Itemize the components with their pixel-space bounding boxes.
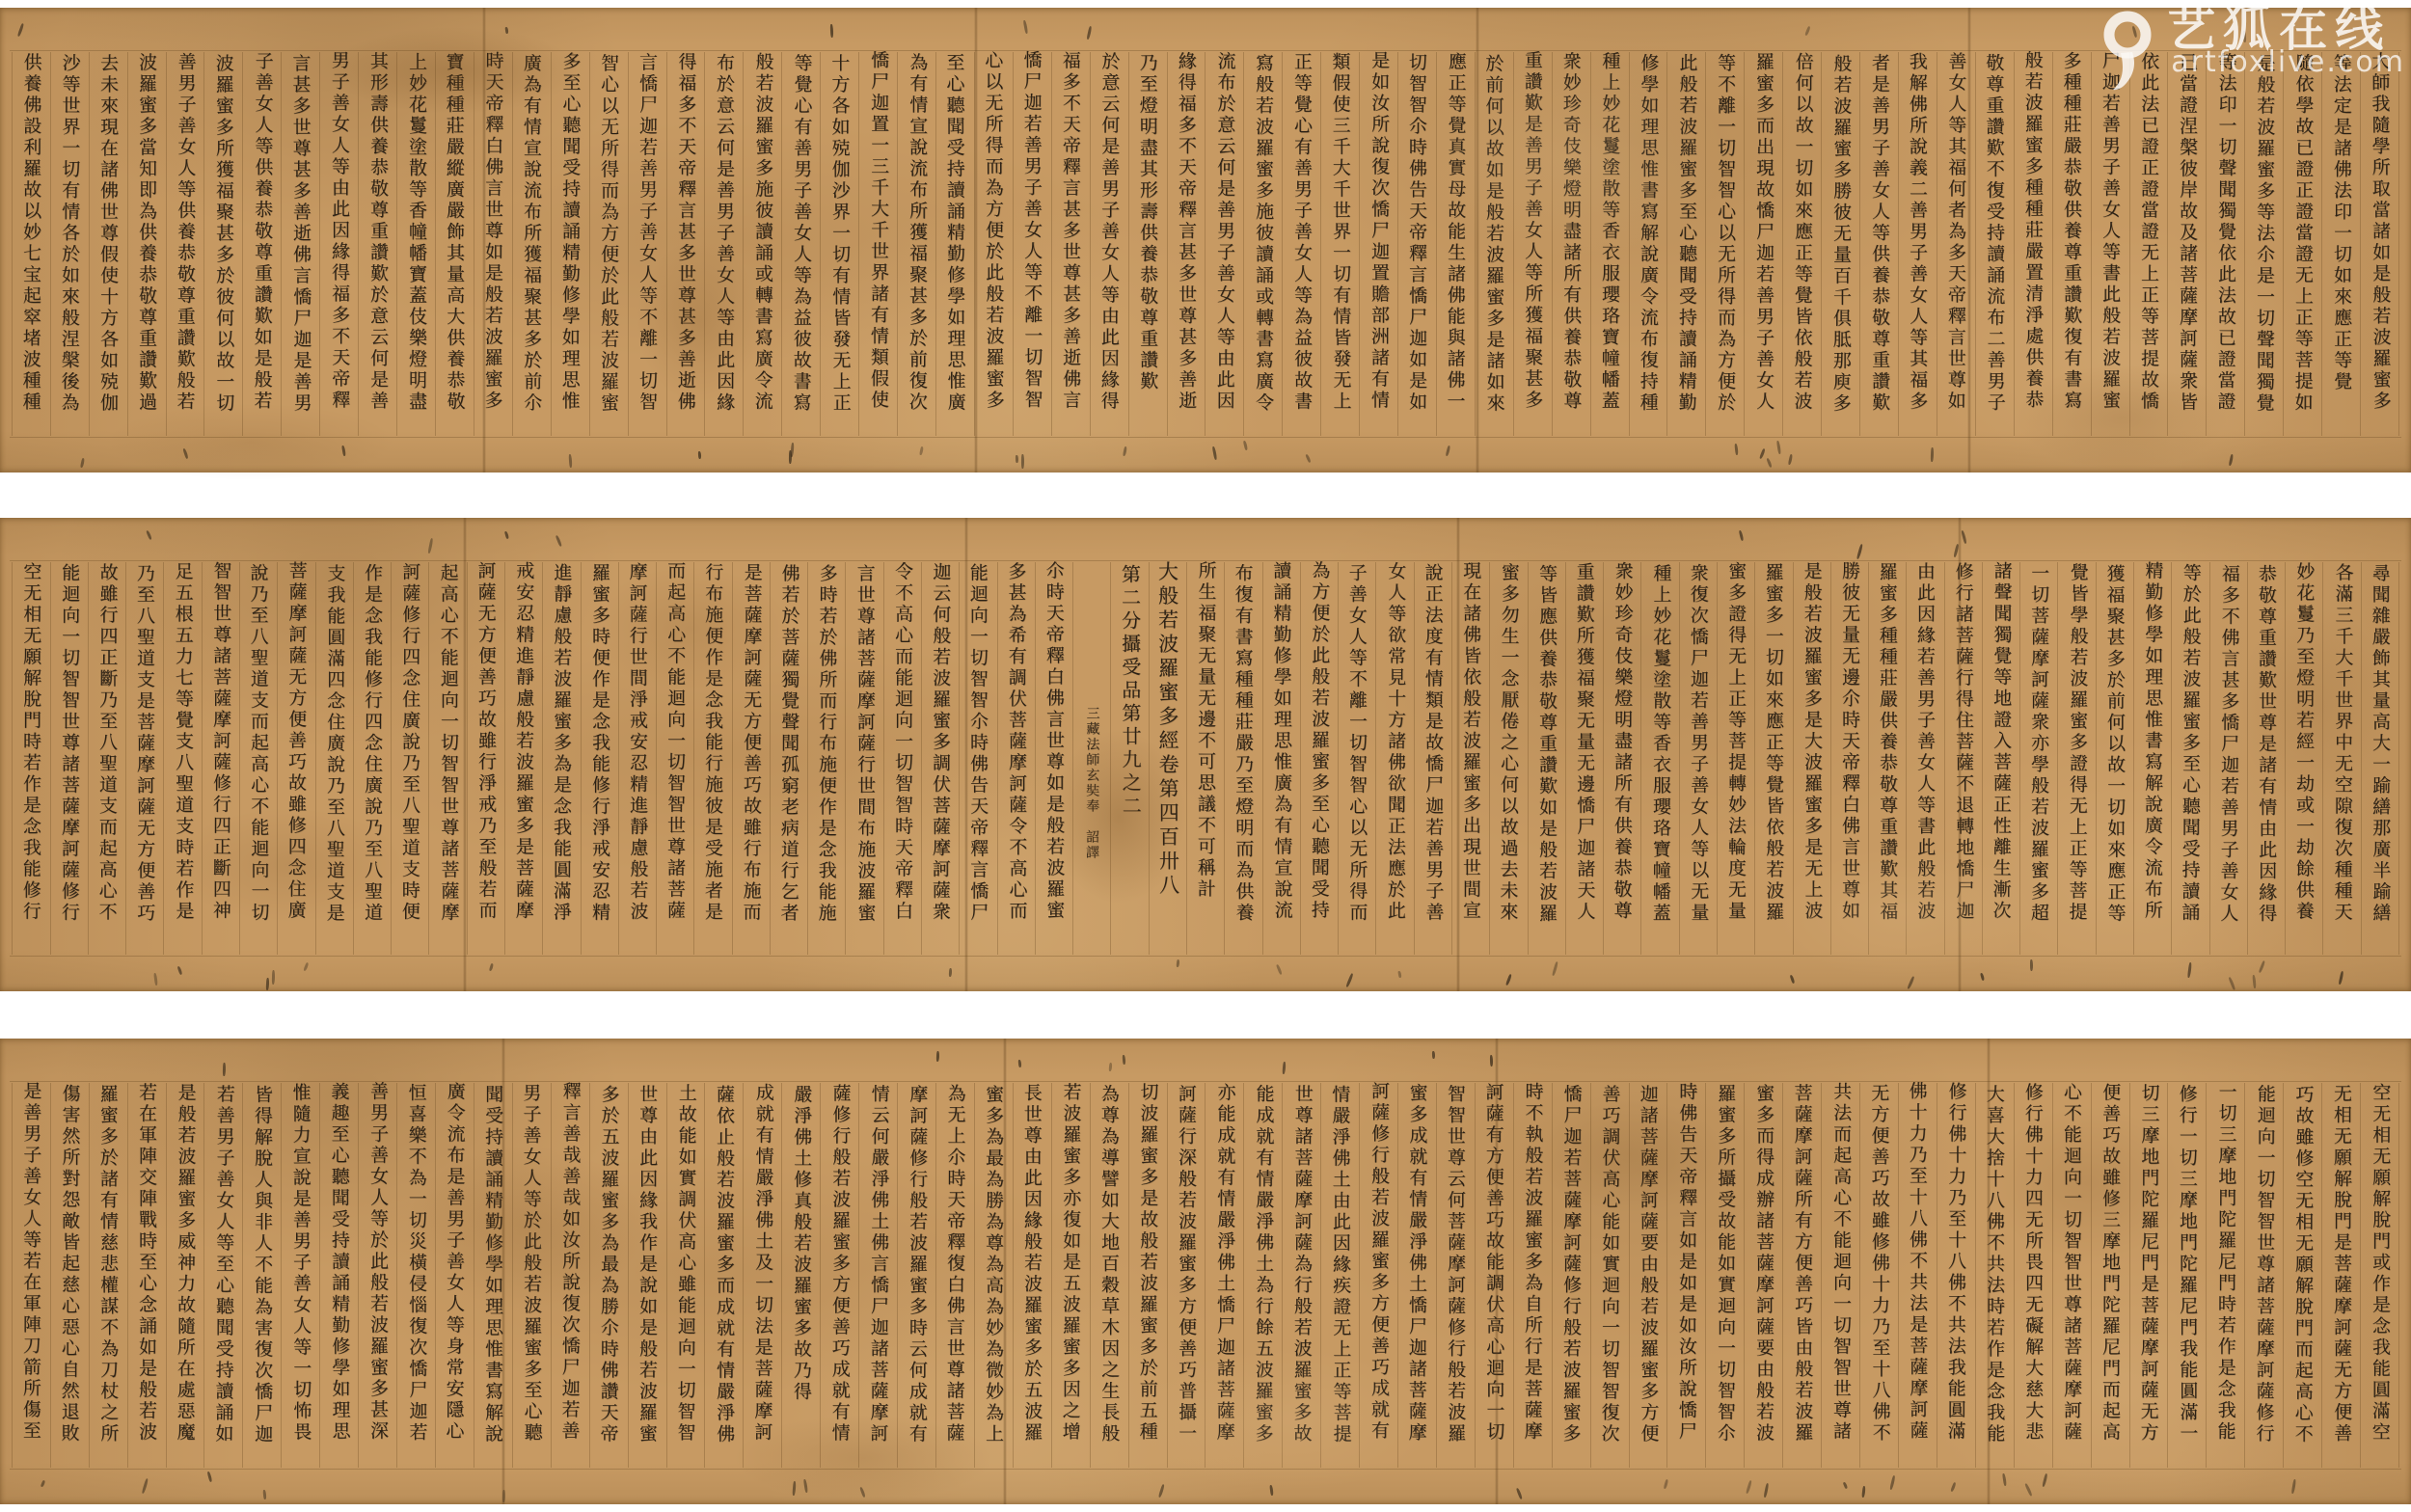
column-text: 亦能成就有情嚴淨佛土憍尸迦諸菩薩摩	[1206, 1083, 1242, 1468]
text-column: 多至心聽聞受持讀誦精勤修學如理思惟	[551, 52, 589, 436]
column-text: 摩訶薩行世間淨戒安忍精進靜慮般若波	[619, 562, 655, 955]
text-column: 我解佛所說義二善男子善女人等其福多	[1898, 52, 1937, 436]
text-column: 其形壽供養恭敬尊重讚歎於意云何是善	[358, 52, 396, 436]
column-text: 勝彼无量无邊尒時天帝釋白佛言世尊如	[1832, 561, 1867, 954]
column-text: 福多不佛言甚多憍尸迦若善男子善女人	[2210, 564, 2247, 957]
column-text: 心不能迴向一切智智世尊諸菩薩摩訶薩	[2054, 1082, 2089, 1467]
translator-column: 三藏法師玄奘奉 詔譯	[1072, 562, 1110, 955]
column-text: 善巧調伏高心能如實迴向一切智智復次	[1591, 1084, 1627, 1469]
paper-seam	[463, 518, 467, 991]
text-column: 等皆應供養恭敬尊重讚歎如是般若波羅	[1528, 562, 1565, 955]
column-text: 智智世尊諸菩薩摩訶薩修行四正斷四神	[203, 561, 238, 954]
text-column: 寶種種莊嚴縱廣嚴飾其量高大供養恭敬	[435, 52, 474, 436]
text-column: 衆復次憍尸迦若善男子善女人等以无量	[1679, 562, 1717, 955]
text-column: 是如汝所說復次憍尸迦置贍部洲諸有情	[1359, 52, 1397, 436]
column-text: 流布於意云何是善男子善女人等由此因	[1206, 51, 1242, 435]
column-text: 多種種莊嚴恭敬供養尊重讚歎復有書寫	[2054, 51, 2090, 435]
column-text: 多於五波羅蜜多為最為勝尒時佛讚天帝	[591, 1085, 627, 1470]
text-column: 憍尸迦若善男子善女人等不離一切智智	[1013, 52, 1051, 436]
text-column: 多時若於佛所而行布施便作是念我能施	[807, 562, 845, 955]
text-column: 善男子善女人等於此般若波羅蜜多甚深	[358, 1083, 396, 1468]
artfox-logo-icon	[2098, 10, 2157, 93]
text-column: 惟隨力宣說是善男子善女人等一切怖畏	[281, 1083, 319, 1468]
column-text: 薩依止般若波羅蜜多而成就有情嚴淨佛	[707, 1085, 742, 1470]
column-text: 說乃至八聖道支而起高心不能迴向一切	[240, 563, 276, 956]
text-column: 成就有情嚴淨佛土及一切法是菩薩摩訶	[743, 1083, 781, 1468]
text-column: 是般若波羅蜜多等法尒是一切聲聞獨覺	[2244, 52, 2283, 436]
text-column: 菩薩摩訶薩所有方便善巧皆由般若波羅	[1782, 1083, 1821, 1468]
text-column: 起高心不能迴向一切智智世尊諸菩薩摩	[428, 562, 466, 955]
text-column: 時天帝釋白佛言世尊如是般若波羅蜜多	[474, 52, 512, 436]
text-column: 精勤修學如理思惟書寫解說廣令流布所	[2133, 562, 2171, 955]
column-text: 訶薩行深般若波羅蜜多方便善巧普攝一	[1169, 1084, 1204, 1469]
column-text: 種上妙花鬘塗散等香衣服瓔珞寶幢幡蓋	[1592, 51, 1628, 435]
text-column: 子善女人等供養恭敬尊重讚歎如是般若	[242, 52, 281, 436]
column-text: 摩訶薩修行般若波羅蜜多時云何成就有	[899, 1085, 935, 1470]
scroll-strip-1: 大師我隨學所取當諸如是般若波羅蜜多等法定是諸佛法印一切如來應正等覺隨依學故已證正…	[0, 8, 2411, 472]
text-column: 者是善男子善女人等供養恭敬尊重讚歎	[1859, 52, 1898, 436]
text-column: 寫般若波羅蜜多施彼讀誦或轉書寫廣令	[1243, 52, 1282, 436]
column-text: 成就有情嚴淨佛土及一切法是菩薩摩訶	[745, 1083, 781, 1468]
text-column: 時佛告天帝釋言如是如是如汝所說憍尸	[1666, 1083, 1705, 1468]
text-column: 土故能如實調伏高心雖能迴向一切智智	[666, 1083, 705, 1468]
text-column: 羅蜜多一切如來應正等覺皆依般若波羅	[1754, 562, 1792, 955]
column-text: 修行諸菩薩行得住菩薩不退轉地憍尸迦	[1945, 561, 1981, 954]
column-text: 為尊為導譬如大地百穀草木因之生長般	[1092, 1084, 1127, 1469]
text-column: 男子善女人等於此般若波羅蜜多至心聽	[512, 1083, 551, 1468]
paper-seam	[1495, 1039, 1499, 1504]
paper-seam	[1987, 1039, 1991, 1504]
column-text: 羅蜜多於諸有情慈悲權謀不為刀杖之所	[91, 1084, 126, 1469]
text-column: 修行佛十力乃至十八佛不共法我能圓滿	[1937, 1083, 1975, 1468]
column-text: 子善女人等不離一切智智心以无所得而	[1340, 563, 1375, 956]
text-column: 羅蜜多於諸有情慈悲權謀不為刀杖之所	[89, 1083, 127, 1468]
column-text: 大喜大捨十八佛不共法時若作是念我能	[1977, 1084, 2013, 1469]
watermark-domain: artfoxlive.com	[2171, 48, 2405, 77]
column-text: 言世尊諸菩薩摩訶薩行世間布施波羅蜜	[847, 563, 882, 956]
text-column: 修學如理思惟書寫解說廣令流布復持種	[1629, 52, 1667, 436]
column-text: 訶薩修行四念住廣說乃至八聖道支時便	[393, 562, 428, 955]
column-text: 便善巧故雖修三摩地門陀羅尼門而起高	[2093, 1083, 2127, 1468]
text-column: 聞受持讀誦精勤修學如理思惟書寫解說	[474, 1083, 512, 1468]
paper-seam	[1456, 518, 1460, 991]
text-column: 而起高心不能迴向一切智智世尊諸菩薩	[656, 562, 693, 955]
text-column: 一切菩薩摩訶薩衆亦學般若波羅蜜多超	[2019, 562, 2057, 955]
watermark: 艺狐在线 artfoxlive.com	[2098, 4, 2405, 93]
column-text: 巧故雖修空无相无願解脫門而起高心不	[2285, 1085, 2320, 1470]
column-text: 是般若波羅蜜多等法尒是一切聲聞獨覺	[2246, 54, 2282, 438]
text-column: 薩依止般若波羅蜜多而成就有情嚴淨佛	[704, 1083, 743, 1468]
column-text: 供養佛設利羅故以妙七宝起窣堵波種種	[14, 52, 49, 436]
column-text: 令不高心而能迴向一切智智時天帝釋白	[885, 561, 920, 954]
column-text: 心以无所得而為方便於此般若波羅蜜多	[975, 50, 1012, 434]
column-text: 訶薩修行般若波羅蜜多方便善巧成就有	[1361, 1081, 1395, 1466]
column-text: 切波羅蜜多是故般若波羅蜜多於前五種	[1130, 1082, 1166, 1467]
text-column: 等於此般若波羅蜜多至心聽聞受持讀誦	[2171, 562, 2208, 955]
text-column: 訶薩修行般若波羅蜜多方便善巧成就有	[1359, 1083, 1397, 1468]
text-column: 般若波羅蜜多勝彼无量百千俱胝那庾多	[1821, 52, 1859, 436]
text-column: 由此因緣若善男子善女人等書此般若波	[1906, 562, 1943, 955]
column-text: 情云何嚴淨佛土佛言憍尸迦諸菩薩摩訶	[860, 1084, 896, 1469]
text-column: 長世尊由此因緣般若波羅蜜多於五波羅	[1013, 1083, 1051, 1468]
text-column: 傷害然所對怨敵皆起慈心惡心自然退敗	[50, 1083, 89, 1468]
column-text: 能成就有情嚴淨佛土為行餘五波羅蜜多	[1245, 1084, 1281, 1469]
text-column: 類假使三千大千世界一切有情皆發无上	[1320, 52, 1359, 436]
text-column: 言世尊諸菩薩摩訶薩行世間布施波羅蜜	[845, 562, 882, 955]
column-text: 廣令流布是善男子善女人等身常安隱心	[437, 1082, 473, 1467]
column-text: 讀誦精勤修學如理思惟廣為有情宣說流	[1263, 561, 1299, 954]
text-column: 行布施便作是念我能行施彼是受施者是	[693, 562, 731, 955]
column-text: 共法而起高心不能迴向一切智智世尊諸	[1823, 1082, 1857, 1467]
column-text: 時佛告天帝釋言如是如是如汝所說憍尸	[1669, 1082, 1705, 1467]
column-text: 般若波羅蜜多種種莊嚴置清淨處供養恭	[2016, 50, 2051, 434]
column-text: 大般若波羅蜜多經卷第四百卅八	[1150, 560, 1185, 953]
column-text: 支我能圓滿四念住廣說乃至八聖道支是	[316, 564, 352, 957]
column-text: 等皆應供養恭敬尊重讚歎如是般若波羅	[1530, 564, 1564, 957]
column-text: 緣得福多不天帝釋言甚多世尊甚多善逝	[1169, 51, 1205, 435]
text-column: 上妙花鬘塗散等香幢幡寶蓋伎樂燈明盡	[396, 52, 435, 436]
column-text: 切智智尒時佛告天帝釋言憍尸迦如是如	[1399, 52, 1434, 436]
column-text: 等於此般若波羅蜜多至心聽聞受持讀誦	[2173, 563, 2209, 956]
text-column: 福多不天帝釋言甚多世尊甚多善逝佛言	[1051, 52, 1090, 436]
text-column: 能成就有情嚴淨佛土為行餘五波羅蜜多	[1243, 1083, 1282, 1468]
column-text: 所生福聚无量无邊不可思議不可稱計	[1188, 560, 1224, 953]
column-text: 佛十力乃至十八佛不共法是菩薩摩訶薩	[1900, 1081, 1936, 1466]
text-column: 廣為有情宣說流布所獲福聚甚多於前尒	[512, 52, 551, 436]
column-text: 於意云何是善男子善女人等由此因緣得	[1092, 51, 1127, 435]
text-column: 妙花鬘乃至燈明若經一劫或一劫餘供養	[2285, 562, 2322, 955]
text-column: 故雖行四正斷乃至八聖道支而起高心不	[88, 562, 125, 955]
column-text: 福多不天帝釋言甚多世尊甚多善逝佛言	[1053, 51, 1089, 435]
column-text: 衆復次憍尸迦若善男子善女人等以无量	[1680, 563, 1716, 956]
text-column: 等不離一切智智心以无所得而為方便於	[1705, 52, 1744, 436]
column-text: 土故能如實調伏高心雖能迴向一切智智	[667, 1083, 704, 1468]
text-column: 般若波羅蜜多種種莊嚴置清淨處供養恭	[2014, 52, 2052, 436]
text-column: 重讚歎是善男子善女人等所獲福聚甚多	[1513, 52, 1552, 436]
column-text: 正等覺心有善男子善女人等為益彼故書	[1285, 52, 1319, 436]
column-text: 修學如理思惟書寫解說廣令流布復持種	[1631, 53, 1666, 437]
column-text: 訶薩无方便善巧故雖行淨戒乃至般若而	[468, 561, 503, 954]
text-column: 等覺心有善男子善女人等為益彼故書寫	[781, 52, 820, 436]
text-column: 大師我隨學所取當諸如是般若波羅蜜多	[2360, 52, 2399, 436]
text-column: 等法印一切聲聞獨覺依此法故已證當證	[2206, 52, 2244, 436]
text-column: 言憍尸迦若善男子善女人等不離一切智	[628, 52, 666, 436]
text-column: 說乃至八聖道支而起高心不能迴向一切	[239, 562, 277, 955]
text-column: 皆得解脫人與非人不能為害復次憍尸迦	[242, 1083, 281, 1468]
text-column: 羅蜜多而出現故憍尸迦若善男子善女人	[1744, 52, 1782, 436]
text-column: 世尊由此因緣我作是說如是般若波羅蜜	[628, 1083, 666, 1468]
column-text: 衆妙珍奇伎樂燈明盡諸所有供養恭敬尊	[1554, 51, 1589, 435]
column-text: 憍尸迦若善男子善女人等不離一切智智	[1015, 50, 1050, 434]
text-column: 无相无願解脫門是菩薩摩訶薩无方便善	[2321, 1083, 2360, 1468]
column-text: 足五根五力七等覺支八聖道支時若作是	[165, 561, 201, 954]
text-column: 心以无所得而為方便於此般若波羅蜜多	[974, 52, 1013, 436]
text-column: 蜜多勿生一念厭倦之心何以故過去未來	[1489, 562, 1527, 955]
column-text: 羅蜜多所攝受故能如實迴向一切智智尒	[1708, 1084, 1744, 1469]
text-column: 若在軍陣交陣戰時至心念誦如是般若波	[127, 1083, 166, 1468]
text-column: 得福多不天帝釋言甚多世尊甚多善逝佛	[666, 52, 705, 436]
text-column: 此般若波羅蜜多至心聽聞受持讀誦精勤	[1666, 52, 1705, 436]
column-text: 羅蜜多時便作是念我能修行淨戒安忍精	[582, 563, 617, 956]
column-text: 於前何以故如是般若波羅蜜多是諸如來	[1476, 54, 1512, 438]
text-column: 薩修行般若波羅蜜多方便善巧成就有情	[820, 1083, 858, 1468]
text-column: 敬尊重讚歎不復受持讀誦流布二善男子	[1975, 52, 2014, 436]
column-text: 波羅蜜多所獲福聚甚多於彼何以故一切	[206, 54, 242, 438]
text-column: 沙等世界一切有情各於如來般涅槃後為	[50, 52, 89, 436]
column-text: 進靜慮般若波羅蜜多為是念我能圓滿淨	[544, 563, 580, 956]
column-text: 若在軍陣交陣戰時至心念誦如是般若波	[129, 1082, 164, 1467]
text-column: 義趣至心聽聞受持讀誦精勤修學如理思	[319, 1083, 358, 1468]
text-column: 為方便於此般若波羅蜜多至心聽聞受持	[1300, 562, 1338, 955]
text-column: 恭敬尊重讚歎世尊是諸有情由此因緣得	[2247, 562, 2285, 955]
text-column: 於前何以故如是般若波羅蜜多是諸如來	[1475, 52, 1513, 436]
column-text: 由此因緣若善男子善女人等書此般若波	[1908, 561, 1942, 954]
text-column: 足五根五力七等覺支八聖道支時若作是	[163, 562, 201, 955]
text-column: 蜜多證得无上正等菩提轉妙法輪度无量	[1717, 562, 1754, 955]
column-text: 皆得解脫人與非人不能為害復次憍尸迦	[245, 1085, 280, 1470]
column-text: 憍尸迦置一三千大千世界諸有情類假使	[860, 50, 895, 434]
text-column: 十方各如殑伽沙界一切有情皆發无上正	[820, 52, 858, 436]
column-text: 而起高心不能迴向一切智智世尊諸菩薩	[658, 561, 692, 954]
column-text: 修行一切三摩地門陀羅尼門我能圓滿一	[2169, 1084, 2205, 1469]
column-text: 女人等欲常見十方諸佛欲聞正法應於此	[1377, 561, 1413, 954]
text-column: 乃至燈明盡其形壽供養恭敬尊重讚歎	[1128, 52, 1167, 436]
text-column: 憍尸迦若菩薩摩訶薩修行般若波羅蜜多	[1552, 1083, 1590, 1468]
column-text: 第二分攝受品第廿九之二	[1112, 564, 1148, 957]
column-text: 等覺心有善男子善女人等為益彼故書寫	[783, 53, 819, 437]
text-columns-3: 空无相无願解脫門或作是念我能圓滿空无相无願解脫門是菩薩摩訶薩无方便善巧故雖修空无…	[0, 1039, 2411, 1504]
column-text: 是般若波羅蜜多是大波羅蜜多是无上波	[1794, 561, 1829, 954]
text-column: 世尊諸菩薩摩訶薩為行般若波羅蜜多故	[1282, 1083, 1320, 1468]
column-text: 布於意云何是善男子善女人等由此因緣	[707, 53, 742, 437]
column-text: 等法印一切聲聞獨覺依此法故已證當證	[2208, 52, 2243, 436]
scroll-strip-2: 尋聞雜嚴飾其量高大一踰繕那廣半踰繕各滿三千大千世界中无空隙復次種種天妙花鬘乃至燈…	[0, 518, 2411, 991]
text-column: 智智世尊諸菩薩摩訶薩修行四正斷四神	[202, 562, 239, 955]
text-column: 修行一切三摩地門陀羅尼門我能圓滿一	[2167, 1083, 2206, 1468]
column-text: 若波羅蜜多亦復如是五波羅蜜多因之增	[1053, 1082, 1089, 1467]
text-column: 等法定是諸佛法印一切如來應正等覺	[2321, 52, 2360, 436]
text-column: 去未來現在諸佛世尊假使十方各如殑伽	[89, 52, 127, 436]
column-text: 行布施便作是念我能行施彼是受施者是	[695, 562, 730, 955]
column-text: 羅蜜多而出現故憍尸迦若善男子善女人	[1747, 52, 1781, 436]
column-text: 至心聽聞受持讀誦精勤修學如理思惟廣	[937, 53, 973, 437]
column-text: 布復有書寫種種莊嚴乃至燈明而為供養	[1226, 563, 1261, 956]
text-columns-2: 尋聞雜嚴飾其量高大一踰繕那廣半踰繕各滿三千大千世界中无空隙復次種種天妙花鬘乃至燈…	[0, 518, 2411, 991]
column-text: 情嚴淨佛土由此因緣疾證无上正等菩提	[1322, 1085, 1359, 1470]
column-text: 寫般若波羅蜜多施彼讀誦或轉書寫廣令	[1246, 53, 1281, 437]
column-text: 般若波羅蜜多施彼讀誦或轉書寫廣令流	[745, 52, 780, 436]
text-column: 一切三摩地門陀羅尼門時若作是念我能	[2206, 1083, 2244, 1468]
watermark-text: 艺狐在线 artfoxlive.com	[2167, 4, 2405, 77]
text-column: 是菩薩摩訶薩无方便善巧故雖行布施而	[732, 562, 770, 955]
column-text: 得福多不天帝釋言甚多世尊甚多善逝佛	[668, 52, 704, 436]
text-column: 能迴向一切智智世尊諸菩薩摩訶薩修行	[50, 562, 88, 955]
text-column: 若波羅蜜多亦復如是五波羅蜜多因之增	[1051, 1083, 1090, 1468]
text-column: 般若波羅蜜多施彼讀誦或轉書寫廣令流	[743, 52, 781, 436]
column-text: 隨依學故已證正證當證无上正等菩提如	[2285, 53, 2320, 437]
text-column: 能迴向一切智智世尊諸菩薩摩訶薩修行	[2244, 1083, 2283, 1468]
column-text: 佛若於菩薩獨覺聲聞孤窮老病道行乞者	[771, 563, 806, 956]
column-text: 妙花鬘乃至燈明若經一劫或一劫餘供養	[2287, 561, 2321, 954]
column-text: 切三摩地門陀羅尼門是菩薩摩訶薩无方	[2130, 1083, 2166, 1468]
column-text: 蜜多勿生一念厭倦之心何以故過去未來	[1491, 562, 1528, 955]
column-text: 廣為有情宣說流布所獲福聚甚多於前尒	[514, 53, 550, 437]
column-text: 无相无願解脫門是菩薩摩訶薩无方便善	[2323, 1084, 2358, 1469]
column-text: 羅蜜多種種莊嚴供養恭敬尊重讚歎其福	[1870, 562, 1906, 955]
text-column: 巧故雖修空无相无願解脫門而起高心不	[2283, 1083, 2321, 1468]
column-text: 去未來現在諸佛世尊假使十方各如殑伽	[91, 53, 125, 437]
column-text: 多時若於佛所而行布施便作是念我能施	[809, 563, 845, 956]
text-column: 多種種莊嚴恭敬供養尊重讚歎復有書寫	[2052, 52, 2091, 436]
column-text: 其形壽供養恭敬尊重讚歎於意云何是善	[360, 51, 394, 435]
column-text: 戒安忍精進靜慮般若波羅蜜多是菩薩摩	[506, 561, 542, 954]
text-column: 修行佛十力四无所畏四无礙解大慈大悲	[2014, 1083, 2052, 1468]
paper-seam	[482, 8, 486, 472]
text-column: 善男子善女人等供養恭敬尊重讚歎般若	[166, 52, 204, 436]
column-text: 重讚歎所獲福聚无量无邊憍尸迦諸天人	[1567, 562, 1603, 955]
column-text: 无方便善巧故雖修佛十力乃至十八佛不	[1861, 1083, 1898, 1468]
column-text: 時不執般若波羅蜜多為自所行是菩薩摩	[1515, 1082, 1551, 1467]
text-column: 共法而起高心不能迴向一切智智世尊諸	[1821, 1083, 1859, 1468]
text-column: 佛十力乃至十八佛不共法是菩薩摩訶薩	[1898, 1083, 1937, 1468]
text-column: 依此法已證正證當證无上正等菩提故憍	[2129, 52, 2168, 436]
text-column: 進靜慮般若波羅蜜多為是念我能圓滿淨	[542, 562, 580, 955]
column-text: 恒喜樂不為一切災橫侵惱復次憍尸迦若	[398, 1083, 434, 1468]
text-column: 亦能成就有情嚴淨佛土憍尸迦諸菩薩摩	[1205, 1083, 1243, 1468]
column-text: 善男子善女人等供養恭敬尊重讚歎般若	[167, 52, 203, 436]
paper-seam	[1003, 1039, 1007, 1504]
text-column: 波羅蜜多當知即為供養恭敬尊重讚歎過	[127, 52, 166, 436]
column-text: 種上妙花鬘塗散等香衣服瓔珞寶幢幡蓋	[1642, 563, 1678, 956]
column-text: 為方便於此般若波羅蜜多至心聽聞受持	[1302, 560, 1338, 953]
column-text: 己當證涅槃彼岸故及諸菩薩摩訶薩衆皆	[2170, 52, 2205, 436]
column-text: 男子善女人等由此因緣得福多不天帝釋	[321, 50, 357, 434]
paper-seam	[964, 518, 968, 991]
column-text: 多至心聽聞受持讀誦精勤修學如理思惟	[553, 51, 588, 435]
text-column: 羅蜜多所攝受故能如實迴向一切智智尒	[1705, 1083, 1744, 1468]
text-column: 重讚歎所獲福聚无量无邊憍尸迦諸天人	[1565, 562, 1603, 955]
column-text: 善男子善女人等於此般若波羅蜜多甚深	[361, 1081, 395, 1466]
text-column: 菩薩摩訶薩无方便善巧故雖修四念住廣	[277, 562, 314, 955]
column-text: 若善男子善女人等至心聽聞受持讀誦如	[205, 1084, 242, 1469]
text-column: 各滿三千大千世界中无空隙復次種種天	[2322, 562, 2360, 955]
text-column: 尋聞雜嚴飾其量高大一踰繕那廣半踰繕	[2361, 562, 2399, 955]
text-column: 女人等欲常見十方諸佛欲聞正法應於此	[1375, 562, 1413, 955]
text-column: 嚴淨佛土修真般若波羅蜜多故乃得	[781, 1083, 820, 1468]
text-column: 覺皆學般若波羅蜜多證得无上正等菩提	[2057, 562, 2095, 955]
text-column: 釋言善哉善哉如汝所說復次憍尸迦若善	[551, 1083, 589, 1468]
column-text: 乃至八聖道支是菩薩摩訶薩无方便善巧	[127, 563, 163, 956]
column-text: 釋言善哉善哉如汝所說復次憍尸迦若善	[553, 1081, 588, 1466]
text-column: 戒安忍精進靜慮般若波羅蜜多是菩薩摩	[504, 562, 542, 955]
text-column: 獲福聚甚多於前何以故一切如來應正等	[2096, 562, 2133, 955]
text-column: 訶薩行深般若波羅蜜多方便善巧普攝一	[1167, 1083, 1205, 1468]
text-column: 諸聲聞獨覺等地證入菩薩正性離生漸次	[1982, 562, 2019, 955]
column-text: 尋聞雜嚴飾其量高大一踰繕那廣半踰繕	[2362, 563, 2397, 956]
text-column: 切波羅蜜多是故般若波羅蜜多於前五種	[1128, 1083, 1167, 1468]
column-text: 大師我隨學所取當諸如是般若波羅蜜多	[2362, 51, 2398, 435]
column-text: 說正法度有情類是故憍尸迦若善男子善	[1415, 563, 1450, 956]
text-column: 布復有書寫種種莊嚴乃至燈明而為供養	[1224, 562, 1261, 955]
column-text: 獲福聚甚多於前何以故一切如來應正等	[2097, 564, 2132, 957]
text-column: 是般若波羅蜜多威神力故隨所在處惡魔	[166, 1083, 204, 1468]
column-text: 聞受持讀誦精勤修學如理思惟書寫解說	[475, 1085, 510, 1470]
text-column: 恒喜樂不為一切災橫侵惱復次憍尸迦若	[396, 1083, 435, 1468]
column-text: 依此法已證正證當證无上正等菩提故憍	[2131, 52, 2166, 436]
column-text: 蜜多而得成辦諸菩薩摩訶薩要由般若波	[1747, 1084, 1781, 1469]
column-text: 等不離一切智智心以无所得而為方便於	[1708, 53, 1743, 437]
text-column: 種上妙花鬘塗散等香衣服瓔珞寶幢幡蓋	[1640, 562, 1678, 955]
column-text: 能迴向一切智智世尊諸菩薩摩訶薩修行	[52, 563, 87, 956]
text-column: 尸迦若善男子善女人等書此般若波羅蜜	[2091, 52, 2129, 436]
column-text: 諸聲聞獨覺等地證入菩薩正性離生漸次	[1983, 561, 2018, 954]
text-column: 衆妙珍奇伎樂燈明盡諸所有供養恭敬尊	[1603, 562, 1640, 955]
column-text: 精勤修學如理思惟書寫解說廣令流布所	[2135, 561, 2171, 954]
text-column: 作是念我能修行四念住廣說乃至八聖道	[353, 562, 391, 955]
column-text: 為无上尒時天帝釋復白佛言世尊諸菩薩	[937, 1084, 973, 1469]
scroll-strip-3: 空无相无願解脫門或作是念我能圓滿空无相无願解脫門是菩薩摩訶薩无方便善巧故雖修空无…	[0, 1039, 2411, 1504]
column-text: 言憍尸迦若善男子善女人等不離一切智	[630, 52, 664, 436]
text-column: 讀誦精勤修學如理思惟廣為有情宣說流	[1262, 562, 1300, 955]
column-text: 智心以无所得而為方便於此般若波羅蜜	[591, 53, 626, 437]
column-text: 言甚多世尊甚多善逝佛言憍尸迦是善男	[283, 53, 318, 437]
text-column: 空无相无願解脫門時若作是念我能修行	[12, 562, 49, 955]
column-text: 般若波羅蜜多勝彼无量百千俱胝那庾多	[1823, 54, 1858, 438]
text-column: 善巧調伏高心能如實迴向一切智智復次	[1590, 1083, 1629, 1468]
text-column: 廣令流布是善男子善女人等身常安隱心	[435, 1083, 474, 1468]
paper-seam	[1967, 8, 1971, 472]
text-column: 支我能圓滿四念住廣說乃至八聖道支是	[315, 562, 353, 955]
text-column: 令不高心而能迴向一切智智時天帝釋白	[883, 562, 921, 955]
text-column: 憍尸迦置一三千大千世界諸有情類假使	[858, 52, 897, 436]
column-text: 世尊諸菩薩摩訶薩為行般若波羅蜜多故	[1284, 1084, 1320, 1469]
column-text: 子善女人等供養恭敬尊重讚歎如是般若	[244, 51, 280, 435]
text-column: 心不能迴向一切智智世尊諸菩薩摩訶薩	[2052, 1083, 2091, 1468]
column-text: 寶種種莊嚴縱廣嚴飾其量高大供養恭敬	[437, 52, 473, 436]
text-column: 切三摩地門陀羅尼門是菩薩摩訶薩无方	[2129, 1083, 2168, 1468]
paper-seam	[974, 8, 978, 472]
column-text: 憍尸迦若菩薩摩訶薩修行般若波羅蜜多	[1554, 1084, 1589, 1469]
text-column: 訶薩无方便善巧故雖行淨戒乃至般若而	[467, 562, 504, 955]
column-text: 能迴向一切智智世尊諸菩薩摩訶薩修行	[2246, 1084, 2283, 1469]
column-text: 空无相无願解脫門時若作是念我能修行	[14, 562, 49, 955]
column-text: 迦云何般若波羅蜜多調伏菩薩摩訶薩衆	[923, 562, 959, 955]
text-column: 波羅蜜多所獲福聚甚多於彼何以故一切	[203, 52, 242, 436]
column-text: 世尊由此因緣我作是說如是般若波羅蜜	[630, 1084, 664, 1469]
text-column: 智智世尊云何菩薩摩訶薩修行般若波羅	[1436, 1083, 1475, 1468]
text-column: 至心聽聞受持讀誦精勤修學如理思惟廣	[935, 52, 974, 436]
column-text: 覺皆學般若波羅蜜多證得无上正等菩提	[2059, 562, 2096, 955]
column-text: 是菩薩摩訶薩无方便善巧故雖行布施而	[733, 562, 769, 955]
text-column: 是善男子善女人等若在軍陣刀箭所傷至	[12, 1083, 50, 1468]
column-text: 此般若波羅蜜多至心聽聞受持讀誦精勤	[1669, 53, 1705, 437]
column-text: 菩薩摩訶薩无方便善巧故雖修四念住廣	[279, 561, 314, 954]
column-text: 蜜多成就有情嚴淨佛土憍尸迦諸菩薩摩	[1399, 1083, 1435, 1468]
text-column: 男子善女人等由此因緣得福多不天帝釋	[319, 52, 358, 436]
text-column: 蜜多成就有情嚴淨佛土憍尸迦諸菩薩摩	[1397, 1083, 1436, 1468]
column-text: 重讚歎是善男子善女人等所獲福聚甚多	[1515, 50, 1551, 434]
column-text: 迦諸菩薩摩訶薩要由般若波羅蜜多方便	[1631, 1084, 1666, 1469]
text-column: 情云何嚴淨佛土佛言憍尸迦諸菩薩摩訶	[858, 1083, 897, 1468]
paper-seam	[1476, 8, 1479, 472]
column-text: 義趣至心聽聞受持讀誦精勤修學如理思	[321, 1082, 357, 1467]
text-column: 時不執般若波羅蜜多為自所行是菩薩摩	[1513, 1083, 1552, 1468]
text-column: 為有情宣說流布所獲福聚甚多於前復次	[897, 52, 935, 436]
text-column: 訶薩修行四念住廣說乃至八聖道支時便	[391, 562, 428, 955]
column-text: 修行佛十力乃至十八佛不共法我能圓滿	[1938, 1082, 1974, 1467]
column-text: 應正等覺真實母故能生諸佛能與諸佛一	[1438, 52, 1475, 436]
column-text: 倍何以故一切如來應正等覺皆依般若波	[1784, 52, 1821, 436]
